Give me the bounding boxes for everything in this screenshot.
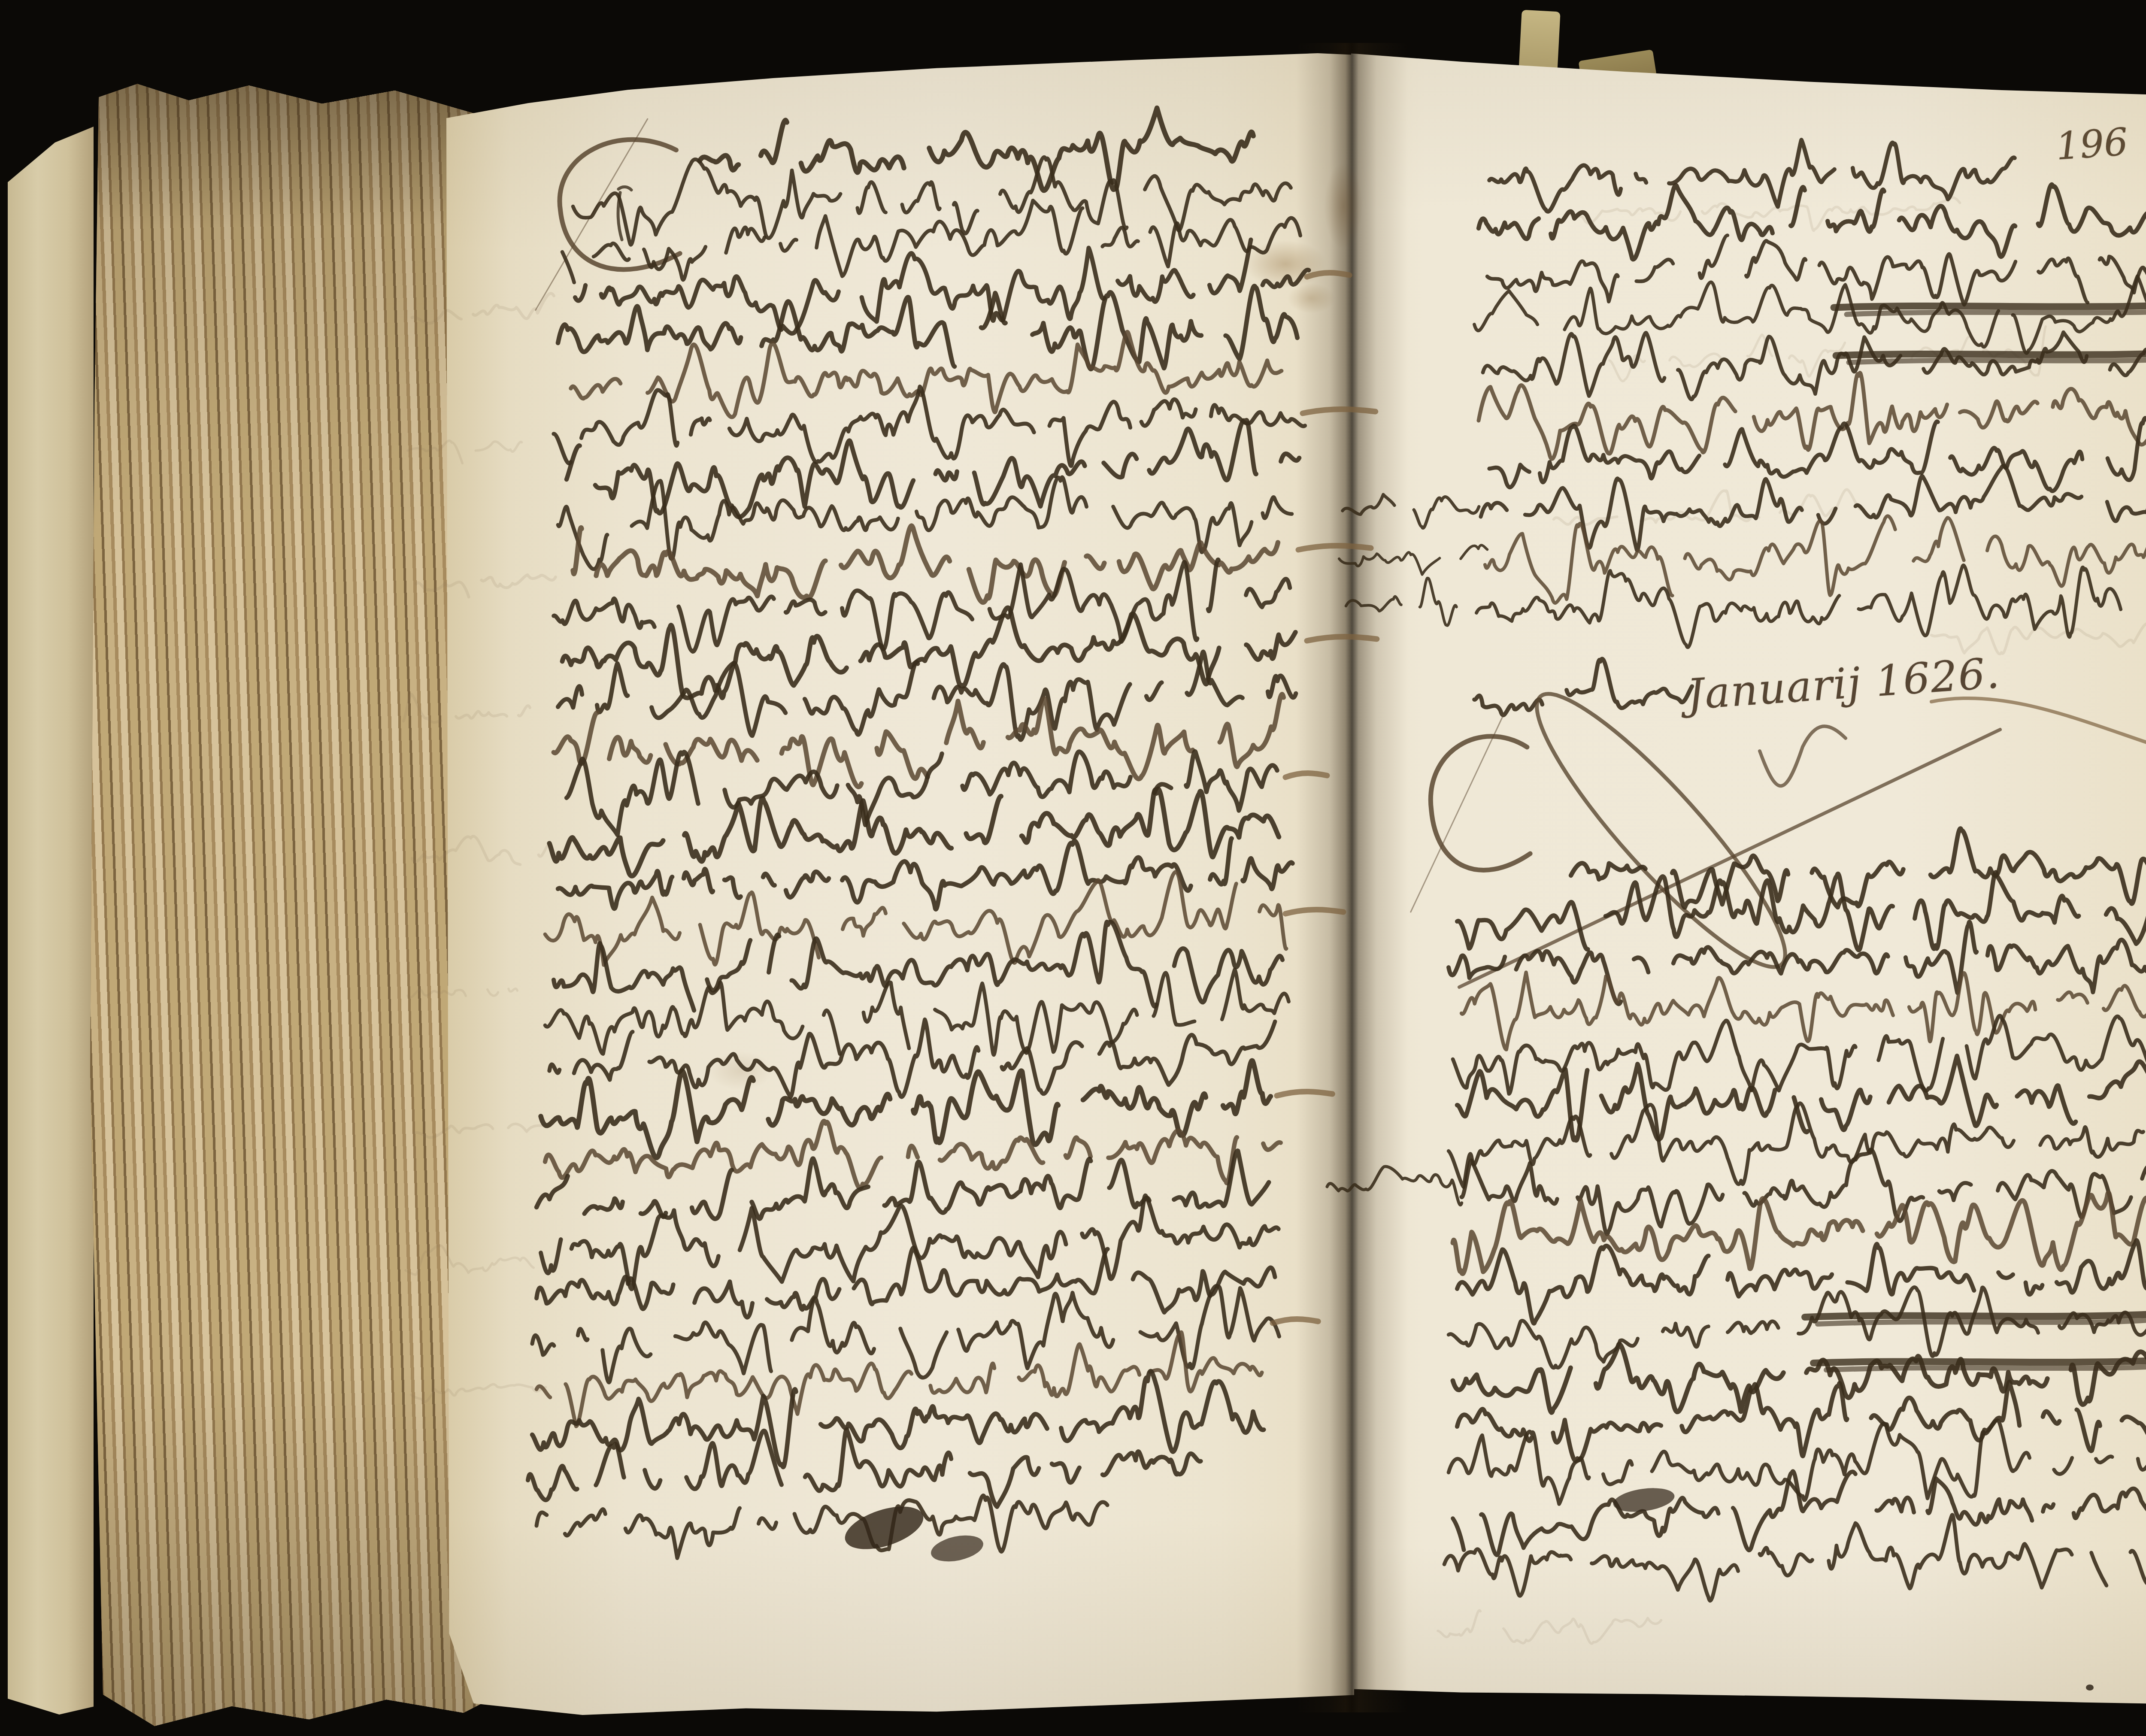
right-manuscript-page bbox=[1351, 45, 2146, 1712]
left-manuscript-page bbox=[446, 52, 1354, 1717]
parchment-cover-edge bbox=[8, 127, 94, 1715]
photo-of-open-manuscript-book: 196 Januarij 1626. bbox=[0, 0, 2146, 1736]
page-number: 196 bbox=[2055, 123, 2129, 166]
